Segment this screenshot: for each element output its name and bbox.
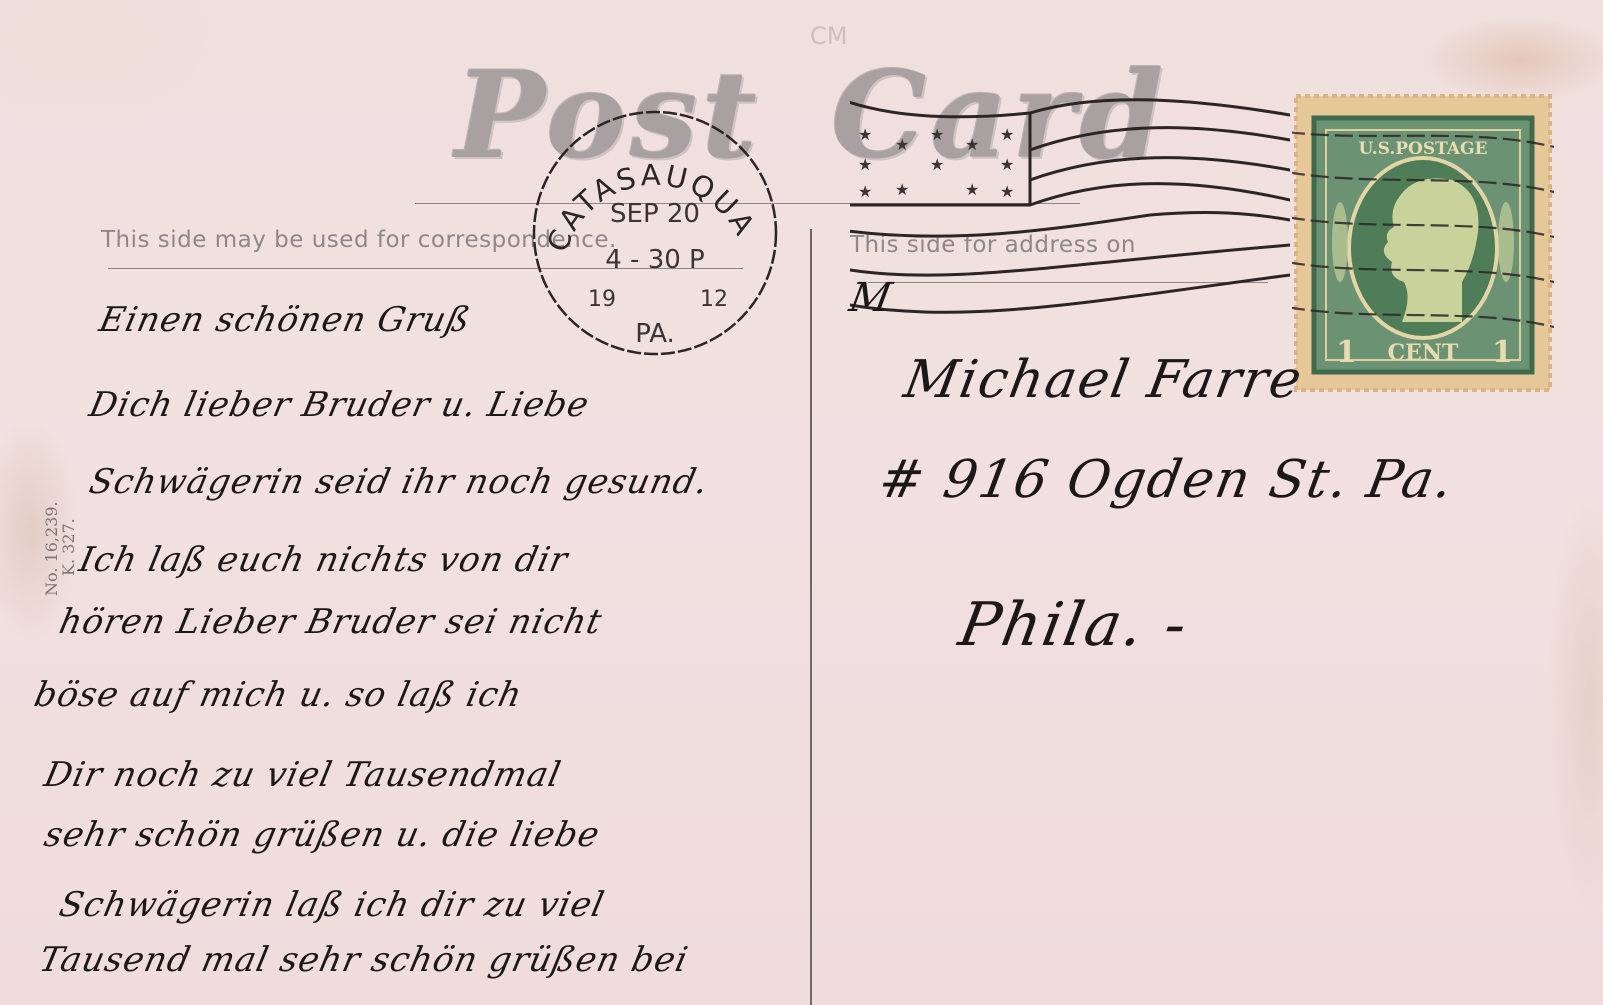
- message-line: Einen schönen Gruß: [96, 300, 475, 340]
- postmark-year-right: 12: [700, 287, 728, 312]
- address-name: Michael Farre: [900, 350, 1308, 410]
- flag-cancel-icon: ★★★★★ ★★★ ★★★★: [850, 95, 1290, 355]
- center-divider: [810, 229, 812, 1005]
- svg-text:★: ★: [895, 180, 909, 199]
- svg-text:★: ★: [858, 182, 872, 201]
- message-line: Dir noch zu viel Tausendmal: [41, 755, 565, 795]
- message-line: Ich laß euch nichts von dir: [76, 540, 572, 580]
- stamp-denomination-left: 1: [1336, 335, 1357, 370]
- stamp-denomination-right: 1: [1492, 335, 1513, 370]
- svg-text:★: ★: [858, 155, 872, 174]
- one-cent-stamp: U.S.POSTAGE 1 CENT 1: [1292, 92, 1554, 394]
- postmark-date: SEP 20: [610, 199, 700, 229]
- stamp-header: U.S.POSTAGE: [1358, 139, 1487, 159]
- message-line: Schwägerin seid ihr noch gesund.: [86, 462, 713, 502]
- postmark-icon: CATASAUQUA SEP 20 4 - 30 P 19 12 PA.: [530, 108, 780, 358]
- postcard-back: CM PostCard This side may be used for co…: [0, 0, 1603, 1005]
- svg-text:★: ★: [1000, 155, 1014, 174]
- publisher-code: K. 327.: [61, 501, 78, 596]
- address-city: Phila. -: [954, 590, 1194, 660]
- address-street: # 916 Ogden St. Pa.: [875, 450, 1459, 510]
- svg-text:★: ★: [930, 125, 944, 144]
- stamp-denomination-label: CENT: [1388, 340, 1459, 366]
- address-initial: M: [846, 275, 897, 321]
- message-line: Schwägerin laß ich dir zu viel: [56, 885, 609, 925]
- svg-text:★: ★: [895, 135, 909, 154]
- svg-text:★: ★: [1000, 182, 1014, 201]
- svg-text:★: ★: [965, 180, 979, 199]
- publisher-number: No. 16,239. K. 327.: [44, 501, 78, 596]
- message-line: sehr schön grüßen u. die liebe: [41, 815, 604, 855]
- svg-text:★: ★: [930, 155, 944, 174]
- message-line: Dich lieber Bruder u. Liebe: [86, 385, 593, 425]
- postmark-time: 4 - 30 P: [605, 245, 704, 275]
- svg-text:★: ★: [1000, 125, 1014, 144]
- svg-text:★: ★: [858, 125, 872, 144]
- message-line: böse auf mich u. so laß ich: [31, 675, 526, 715]
- svg-text:★: ★: [965, 135, 979, 154]
- message-line: hören Lieber Bruder sei nicht: [56, 602, 606, 642]
- postmark-year-left: 19: [588, 287, 616, 312]
- postmark-state: PA.: [635, 319, 675, 349]
- message-line: Tausend mal sehr schön grüßen bei: [36, 940, 692, 980]
